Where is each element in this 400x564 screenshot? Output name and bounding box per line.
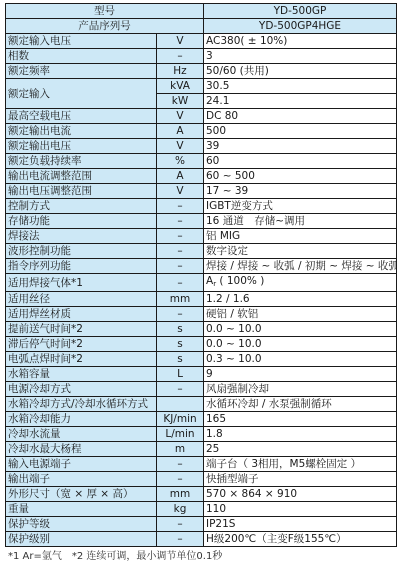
spec-value: 1.8	[204, 427, 397, 442]
spec-unit: Hz	[157, 64, 204, 79]
spec-label: 额定输出电流	[6, 124, 157, 139]
spec-unit: s	[157, 352, 204, 367]
spec-value: 1.2 / 1.6	[204, 292, 397, 307]
spec-value: 165	[204, 412, 397, 427]
spec-label: 输出电流调整范围	[6, 169, 157, 184]
spec-unit: –	[157, 199, 204, 214]
spec-label: 指令序列功能	[6, 259, 157, 274]
table-row: 水箱容量L9	[6, 367, 397, 382]
spec-label: 保护级别	[6, 532, 157, 547]
spec-value: 端子台（ 3相用，M5螺栓固定 ）	[204, 457, 397, 472]
serial-row: 产品序列号 YD-500GP4HGE	[6, 19, 397, 34]
spec-unit: –	[157, 517, 204, 532]
spec-value: 数字设定	[204, 244, 397, 259]
spec-table: 型号 YD-500GP 产品序列号 YD-500GP4HGE 额定输入电压VAC…	[5, 3, 397, 547]
spec-unit: kg	[157, 502, 204, 517]
table-row: 额定输入电压VAC380( ± 10%)	[6, 34, 397, 49]
spec-value: 0.0 ~ 10.0	[204, 322, 397, 337]
table-row: 适用焊丝材质–硬铝 / 软铝	[6, 307, 397, 322]
model-row: 型号 YD-500GP	[6, 4, 397, 19]
spec-unit: –	[157, 274, 204, 292]
spec-value: 焊接 / 焊接 ~ 收弧 / 初期 ~ 焊接 ~ 收弧	[204, 259, 397, 274]
spec-unit: –	[157, 472, 204, 487]
spec-label: 额定频率	[6, 64, 157, 79]
spec-unit: V	[157, 34, 204, 49]
spec-unit: kW	[157, 94, 204, 109]
spec-value: 60 ~ 500	[204, 169, 397, 184]
spec-value: H级200℃（主变F级155℃）	[204, 532, 397, 547]
gas-ratio: ( 100% )	[216, 275, 264, 287]
table-row: 额定输出电压V39	[6, 139, 397, 154]
spec-unit: –	[157, 259, 204, 274]
spec-value: 570 × 864 × 910	[204, 487, 397, 502]
spec-label: 额定输入	[6, 79, 157, 109]
table-row: 输出电压调整范围V17 ~ 39	[6, 184, 397, 199]
spec-unit: V	[157, 139, 204, 154]
spec-value: 24.1	[204, 94, 397, 109]
spec-unit: –	[157, 532, 204, 547]
table-row: 输出端子–快插型端子	[6, 472, 397, 487]
spec-unit: mm	[157, 292, 204, 307]
table-row: 提前送气时间*2s0.0 ~ 10.0	[6, 322, 397, 337]
spec-unit: –	[157, 214, 204, 229]
table-row: 波形控制功能–数字设定	[6, 244, 397, 259]
spec-unit: s	[157, 322, 204, 337]
spec-value: 17 ~ 39	[204, 184, 397, 199]
spec-label: 额定输入电压	[6, 34, 157, 49]
spec-label: 电弧点焊时间*2	[6, 352, 157, 367]
model-value: YD-500GP	[204, 4, 397, 19]
spec-value: 9	[204, 367, 397, 382]
table-row: 输入电源端子–端子台（ 3相用，M5螺栓固定 ）	[6, 457, 397, 472]
table-row: 控制方式–IGBT逆变方式	[6, 199, 397, 214]
table-row: 相数–3	[6, 49, 397, 64]
serial-label: 产品序列号	[6, 19, 204, 34]
spec-value: 500	[204, 124, 397, 139]
spec-unit: V	[157, 184, 204, 199]
spec-unit: –	[157, 229, 204, 244]
spec-label: 冷却水最大杨程	[6, 442, 157, 457]
table-row: 最高空载电压VDC 80	[6, 109, 397, 124]
spec-unit: m	[157, 442, 204, 457]
spec-value: Ar ( 100% )	[204, 274, 397, 292]
table-row: 电弧点焊时间*2s0.3 ~ 10.0	[6, 352, 397, 367]
serial-value: YD-500GP4HGE	[204, 19, 397, 34]
table-row: 滞后停气时间*2s0.0 ~ 10.0	[6, 337, 397, 352]
spec-value: 110	[204, 502, 397, 517]
spec-value: 30.5	[204, 79, 397, 94]
spec-label: 适用焊接气体*1	[6, 274, 157, 292]
spec-label: 保护等级	[6, 517, 157, 532]
model-label: 型号	[6, 4, 204, 19]
spec-unit: –	[157, 382, 204, 397]
spec-value: 16 通道 存储~调用	[204, 214, 397, 229]
spec-value: IP21S	[204, 517, 397, 532]
spec-unit: %	[157, 154, 204, 169]
spec-unit: KJ/min	[157, 412, 204, 427]
table-row: 输出电流调整范围A60 ~ 500	[6, 169, 397, 184]
spec-value: 快插型端子	[204, 472, 397, 487]
table-row: 适用焊接气体*1–Ar ( 100% )	[6, 274, 397, 292]
spec-value: IGBT逆变方式	[204, 199, 397, 214]
spec-value: 39	[204, 139, 397, 154]
spec-label: 电源冷却方式	[6, 382, 157, 397]
spec-unit: –	[157, 49, 204, 64]
spec-label: 焊接法	[6, 229, 157, 244]
spec-unit: –	[157, 244, 204, 259]
spec-unit: kVA	[157, 79, 204, 94]
spec-value: 50/60 (共用)	[204, 64, 397, 79]
spec-value: 0.0 ~ 10.0	[204, 337, 397, 352]
table-row: 水箱冷却能力KJ/min165	[6, 412, 397, 427]
spec-unit: s	[157, 337, 204, 352]
spec-unit: A	[157, 169, 204, 184]
spec-label: 额定输出电压	[6, 139, 157, 154]
table-row: 重量kg110	[6, 502, 397, 517]
table-row: 额定输入kVA30.5	[6, 79, 397, 94]
spec-unit: L/min	[157, 427, 204, 442]
table-row: 保护级别–H级200℃（主变F级155℃）	[6, 532, 397, 547]
table-row: 水箱冷却方式/冷却水循环方式水循环冷却 / 水泵强制循环	[6, 397, 397, 412]
spec-label: 提前送气时间*2	[6, 322, 157, 337]
spec-value: 25	[204, 442, 397, 457]
spec-value: 3	[204, 49, 397, 64]
spec-value: 铝 MIG	[204, 229, 397, 244]
spec-value: 60	[204, 154, 397, 169]
spec-unit: V	[157, 109, 204, 124]
footnote: *1 Ar=氩气 *2 连续可调，最小调节单位0.1秒	[8, 547, 222, 562]
table-row: 存储功能–16 通道 存储~调用	[6, 214, 397, 229]
spec-value: 0.3 ~ 10.0	[204, 352, 397, 367]
table-row: 指令序列功能–焊接 / 焊接 ~ 收弧 / 初期 ~ 焊接 ~ 收弧	[6, 259, 397, 274]
table-row: 适用丝径mm1.2 / 1.6	[6, 292, 397, 307]
spec-unit: –	[157, 457, 204, 472]
table-row: 电源冷却方式–风扇强制冷却	[6, 382, 397, 397]
table-row: 保护等级–IP21S	[6, 517, 397, 532]
spec-label: 重量	[6, 502, 157, 517]
table-row: 冷却水最大杨程m25	[6, 442, 397, 457]
spec-label: 外形尺寸（宽 × 厚 × 高）	[6, 487, 157, 502]
spec-value: DC 80	[204, 109, 397, 124]
spec-label: 控制方式	[6, 199, 157, 214]
spec-label: 输出端子	[6, 472, 157, 487]
spec-label: 最高空载电压	[6, 109, 157, 124]
spec-value: 风扇强制冷却	[204, 382, 397, 397]
spec-unit: L	[157, 367, 204, 382]
spec-label: 存储功能	[6, 214, 157, 229]
spec-value: AC380( ± 10%)	[204, 34, 397, 49]
spec-label: 水箱容量	[6, 367, 157, 382]
spec-unit: mm	[157, 487, 204, 502]
spec-label: 输入电源端子	[6, 457, 157, 472]
spec-label: 波形控制功能	[6, 244, 157, 259]
spec-label: 冷却水流量	[6, 427, 157, 442]
table-row: 焊接法–铝 MIG	[6, 229, 397, 244]
spec-label: 相数	[6, 49, 157, 64]
spec-unit: –	[157, 307, 204, 322]
spec-value: 水循环冷却 / 水泵强制循环	[204, 397, 397, 412]
table-row: 外形尺寸（宽 × 厚 × 高）mm570 × 864 × 910	[6, 487, 397, 502]
spec-label: 水箱冷却方式/冷却水循环方式	[6, 397, 157, 412]
table-row: 额定输出电流A500	[6, 124, 397, 139]
spec-label: 额定负载持续率	[6, 154, 157, 169]
spec-unit: A	[157, 124, 204, 139]
spec-label: 滞后停气时间*2	[6, 337, 157, 352]
spec-label: 适用丝径	[6, 292, 157, 307]
spec-unit	[157, 397, 204, 412]
spec-label: 输出电压调整范围	[6, 184, 157, 199]
spec-label: 适用焊丝材质	[6, 307, 157, 322]
table-row: 冷却水流量L/min1.8	[6, 427, 397, 442]
spec-value: 硬铝 / 软铝	[204, 307, 397, 322]
table-row: 额定负载持续率%60	[6, 154, 397, 169]
table-row: 额定频率Hz50/60 (共用)	[6, 64, 397, 79]
spec-label: 水箱冷却能力	[6, 412, 157, 427]
